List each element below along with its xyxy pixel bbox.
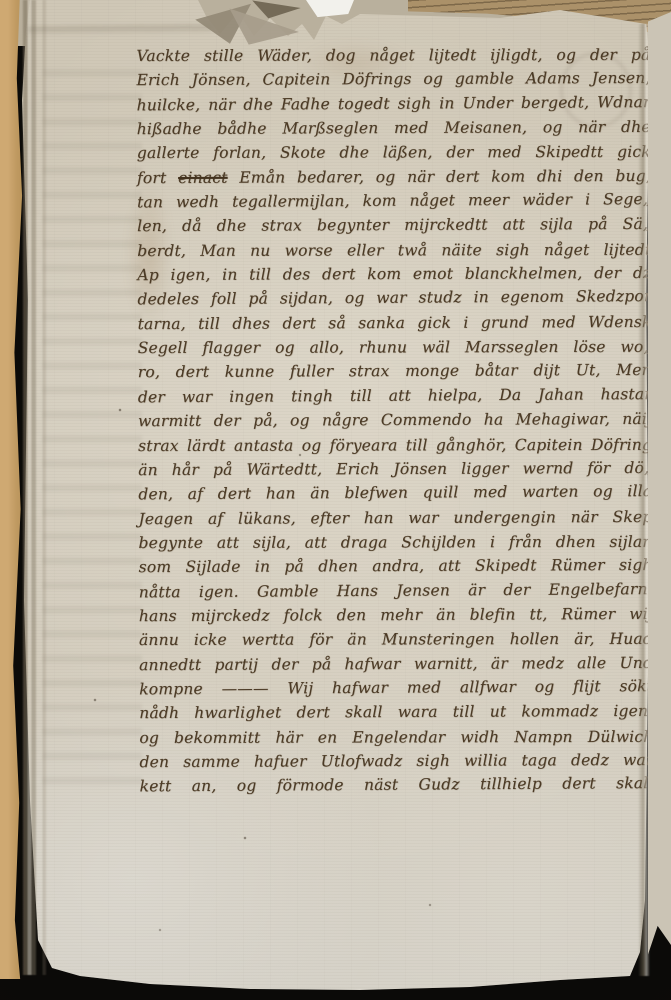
manuscript-line: begynte att sijla, att draga Schijlden i… bbox=[139, 530, 653, 556]
manuscript-photo: Vackte stille Wäder, dog någet lijtedt i… bbox=[0, 0, 671, 1000]
manuscript-line: som Sijlade in på dhen andra, att Skiped… bbox=[139, 553, 653, 580]
manuscript-line: kett an, og förmode näst Gudz tillhielp … bbox=[140, 771, 654, 799]
manuscript-line: ro, dert kunne fuller strax monge båtar … bbox=[138, 358, 652, 385]
manuscript-line: huilcke, när dhe Fadhe togedt sigh in Un… bbox=[137, 90, 651, 118]
line-segment: Emån bedarer, og när dert kom dhi den bu… bbox=[228, 167, 651, 187]
manuscript-line: Jeagen af lükans, efter han war undergen… bbox=[138, 504, 652, 531]
struck-word: einact bbox=[178, 168, 228, 186]
manuscript-line: annedtt partij der på hafwar warnitt, är… bbox=[139, 650, 653, 677]
manuscript-line: der war ingen tingh till att hielpa, Da … bbox=[138, 382, 652, 410]
manuscript-line: kompne ——— Wij hafwar med allfwar og fli… bbox=[139, 674, 653, 702]
manuscript-line: den, af dert han än blefwen quill med wa… bbox=[138, 479, 652, 507]
manuscript-line: tarna, till dhes dert så sanka gick i gr… bbox=[138, 310, 652, 337]
manuscript-line: hans mijrckedz folck den mehr än blefin … bbox=[139, 602, 653, 629]
manuscript-line: nåtta igen. Gamble Hans Jensen är der En… bbox=[139, 577, 653, 605]
manuscript-line-with-strikethrough: fort einact Emån bedarer, og när dert ko… bbox=[137, 164, 651, 191]
manuscript-line: Vackte stille Wäder, dog någet lijtedt i… bbox=[136, 43, 650, 69]
manuscript-line: nådh hwarlighet dert skall wara till ut … bbox=[139, 699, 653, 726]
manuscript-line: og bekommitt här en Engelendar widh Namp… bbox=[139, 724, 653, 750]
manuscript-line: hißadhe bådhe Marßseglen med Meisanen, o… bbox=[137, 115, 651, 142]
manuscript-line: strax lärdt antasta og föryeara till gån… bbox=[138, 432, 652, 458]
manuscript-line: Segell flagger og allo, rhunu wäl Marsse… bbox=[138, 335, 652, 361]
manuscript-line: ännu icke wertta för än Munsteringen hol… bbox=[139, 627, 653, 653]
manuscript-line: warmitt der på, og någre Commendo ha Meh… bbox=[138, 407, 652, 434]
manuscript-line: den samme hafuer Utlofwadz sigh willia t… bbox=[139, 748, 653, 775]
next-page-edge bbox=[648, 12, 671, 964]
handwritten-text-block: Vackte stille Wäder, dog någet lijtedt i… bbox=[136, 42, 653, 799]
manuscript-line: berdt, Man nu worse eller twå näite sigh… bbox=[137, 238, 651, 264]
manuscript-line: gallerte forlan, Skote dhe läßen, der me… bbox=[137, 140, 651, 166]
manuscript-line: tan wedh tegallermijlan, kom någet meer … bbox=[137, 187, 651, 215]
manuscript-line: len, då dhe strax begynter mijrckedtt at… bbox=[137, 212, 651, 239]
manuscript-line: Erich Jönsen, Capitein Döfrings og gambl… bbox=[136, 66, 650, 93]
line-segment: fort bbox=[137, 169, 178, 187]
manuscript-line: än hår på Wärtedtt, Erich Jönsen ligger … bbox=[138, 456, 652, 483]
manuscript-line: dedeles foll på sijdan, og war studz in … bbox=[137, 284, 651, 312]
verso-show-through bbox=[42, 56, 142, 796]
